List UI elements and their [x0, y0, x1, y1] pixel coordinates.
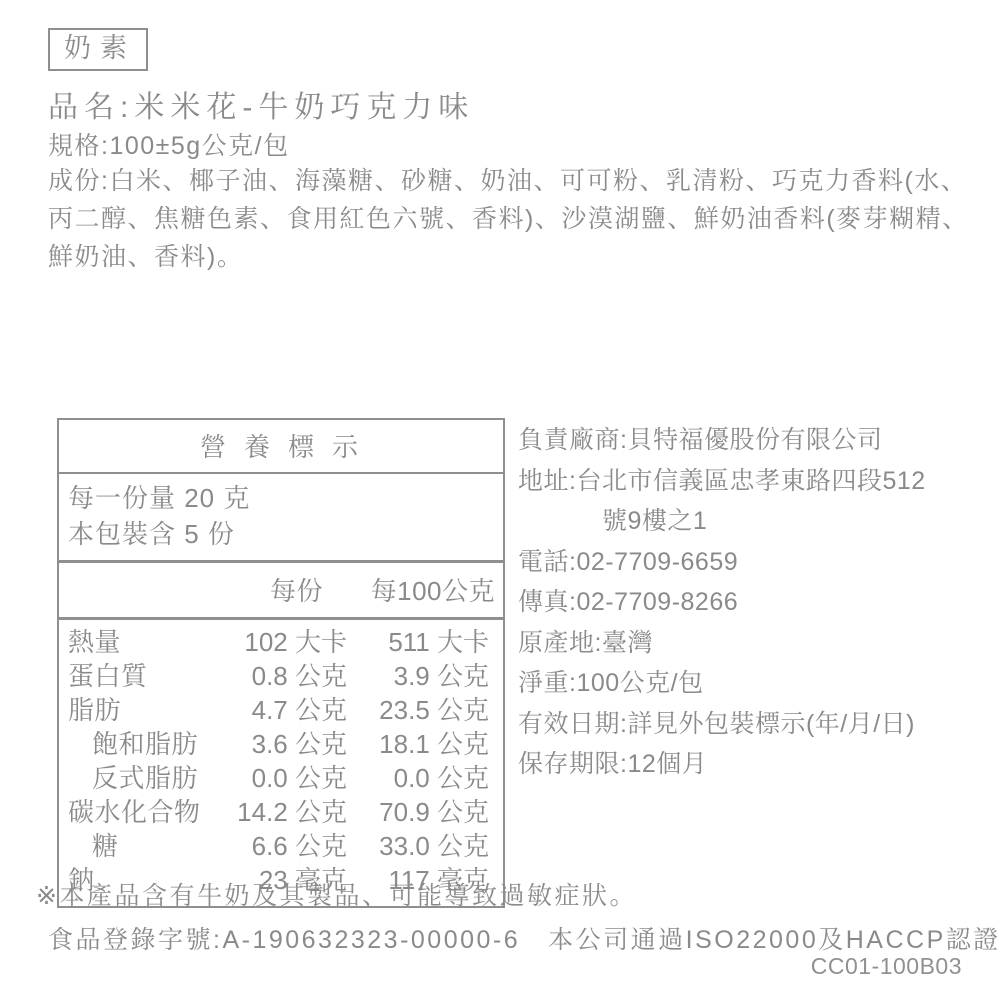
servings-per-pack: 本包裝含 5 份 [68, 516, 503, 552]
registration-line: 食品登錄字號:A-190632323-00000-6本公司通過ISO22000及… [48, 920, 978, 956]
product-name: 品名:米米花-牛奶巧克力味 [48, 82, 474, 126]
per-serving-value: 0.8 公克 [217, 659, 347, 693]
nutrition-table: 營養標示 每一份量 20 克 本包裝含 5 份 每份 每100公克 熱量102 … [57, 418, 505, 908]
per-serving-value: 3.6 公克 [217, 727, 347, 761]
per-100g-value: 3.9 公克 [347, 659, 503, 693]
nutrition-row: 反式脂肪0.0 公克0.0 公克 [59, 761, 503, 795]
per-serving-value: 14.2 公克 [217, 795, 347, 829]
company-info-line: 號9樓之1 [518, 501, 983, 542]
document-code: CC01-100B03 [811, 953, 962, 980]
nutrition-row: 熱量102 大卡511 大卡 [59, 625, 503, 659]
per-serving-value: 0.0 公克 [217, 761, 347, 795]
company-info: 負責廠商:貝特福優股份有限公司地址:台北市信義區忠孝東路四段512號9樓之1電話… [518, 420, 983, 785]
nutrition-row: 蛋白質0.8 公克3.9 公克 [59, 659, 503, 693]
spec-line: 規格:100±5g公克/包 [48, 126, 290, 162]
per-100g-value: 23.5 公克 [347, 693, 503, 727]
ingredients-text: 成份:白米、椰子油、海藻糖、砂糖、奶油、可可粉、乳清粉、巧克力香料(水、丙二醇、… [48, 162, 978, 276]
company-info-line: 保存期限:12個月 [518, 744, 983, 785]
nutrient-label: 碳水化合物 [59, 795, 217, 829]
company-info-line: 有效日期:詳見外包裝標示(年/月/日) [518, 704, 983, 745]
nutrition-row: 脂肪4.7 公克23.5 公克 [59, 693, 503, 727]
food-registration-number: 食品登錄字號:A-190632323-00000-6 [48, 926, 520, 954]
per-100g-value: 70.9 公克 [347, 795, 503, 829]
company-info-line: 淨重:100公克/包 [518, 663, 983, 704]
serving-info: 每一份量 20 克 本包裝含 5 份 [59, 474, 503, 563]
nutrient-label: 熱量 [59, 625, 217, 659]
per-100g-value: 0.0 公克 [347, 761, 503, 795]
nutrition-row: 糖6.6 公克33.0 公克 [59, 829, 503, 863]
serving-size: 每一份量 20 克 [68, 480, 503, 516]
vegetarian-type-badge: 奶素 [48, 28, 148, 71]
nutrient-label: 反式脂肪 [59, 761, 217, 795]
per-serving-value: 6.6 公克 [217, 829, 347, 863]
allergy-note: ※本產品含有牛奶及其製品、可能導致過敏症狀。 [36, 876, 637, 912]
nutrient-label: 飽和脂肪 [59, 727, 217, 761]
nutrition-row: 碳水化合物14.2 公克70.9 公克 [59, 795, 503, 829]
nutrition-column-headers: 每份 每100公克 [59, 563, 503, 620]
company-info-line: 地址:台北市信義區忠孝東路四段512 [518, 461, 983, 502]
per-100g-value: 511 大卡 [347, 625, 503, 659]
nutrition-title: 營養標示 [59, 420, 503, 474]
company-info-line: 傳真:02-7709-8266 [518, 582, 983, 623]
nutrient-label: 蛋白質 [59, 659, 217, 693]
certification-note: 本公司通過ISO22000及HACCP認證 [548, 926, 1000, 954]
nutrient-label: 糖 [59, 829, 217, 863]
per-100g-value: 33.0 公克 [347, 829, 503, 863]
nutrition-row: 飽和脂肪3.6 公克18.1 公克 [59, 727, 503, 761]
per-100g-value: 18.1 公克 [347, 727, 503, 761]
per-serving-value: 102 大卡 [217, 625, 347, 659]
company-info-line: 負責廠商:貝特福優股份有限公司 [518, 420, 983, 461]
company-info-line: 電話:02-7709-6659 [518, 542, 983, 583]
per-serving-value: 4.7 公克 [217, 693, 347, 727]
nutrient-label: 脂肪 [59, 693, 217, 727]
company-info-line: 原產地:臺灣 [518, 623, 983, 664]
per-100g-header: 每100公克 [347, 571, 503, 608]
nutrition-rows: 熱量102 大卡511 大卡蛋白質0.8 公克3.9 公克脂肪4.7 公克23.… [59, 620, 503, 906]
per-serving-header: 每份 [217, 571, 347, 608]
